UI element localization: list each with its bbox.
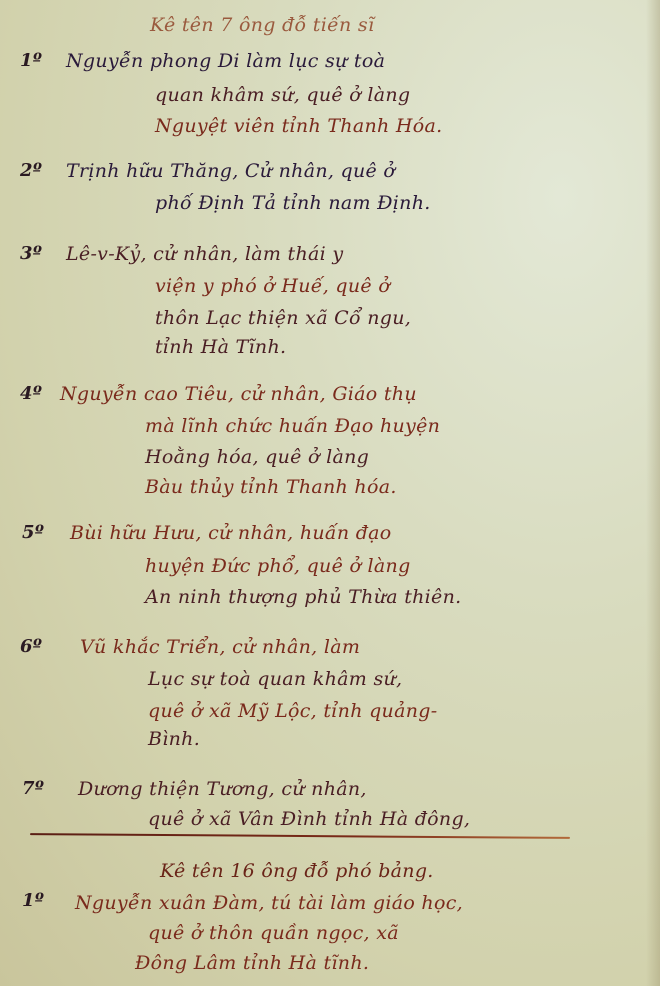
entry-line: quan khâm sứ, quê ở làng xyxy=(155,84,410,106)
entry-number: 5º xyxy=(22,522,44,543)
entry-line: quê ở xã Vân Đình tỉnh Hà đông, xyxy=(148,808,470,830)
entry-number: 1º xyxy=(20,50,42,71)
entry-line: Lục sự toà quan khâm sứ, xyxy=(148,668,402,690)
entry-line: Nguyễn phong Di làm lục sự toà xyxy=(66,50,385,72)
entry-line: Dương thiện Tương, cử nhân, xyxy=(78,778,367,800)
handwritten-document-page: Kê tên 7 ông đỗ tiến sĩ 1º Nguyễn phong … xyxy=(0,0,660,986)
entry-line: An ninh thượng phủ Thừa thiên. xyxy=(145,586,461,608)
entry-line: mà lĩnh chức huấn Đạo huyện xyxy=(145,415,440,437)
section-title-pho-bang: Kê tên 16 ông đỗ phó bảng. xyxy=(160,860,434,882)
entry-line: Nguyệt viên tỉnh Thanh Hóa. xyxy=(155,115,442,137)
entry-line: Lê-v-Kỷ, cử nhân, làm thái y xyxy=(66,243,343,265)
entry-line: Bàu thủy tỉnh Thanh hóa. xyxy=(145,476,397,498)
entry-line: Vũ khắc Triển, cử nhân, làm xyxy=(80,636,360,658)
entry-line: Nguyễn cao Tiêu, cử nhân, Giáo thụ xyxy=(60,383,417,405)
entry-line: Đông Lâm tỉnh Hà tĩnh. xyxy=(135,952,369,974)
entry-line: Nguyễn xuân Đàm, tú tài làm giáo học, xyxy=(75,892,463,914)
section-title-tien-si: Kê tên 7 ông đỗ tiến sĩ xyxy=(150,14,374,36)
entry-line: tỉnh Hà Tĩnh. xyxy=(155,336,286,358)
entry-number: 6º xyxy=(20,636,42,657)
entry-line: Bùi hữu Hưu, cử nhân, huấn đạo xyxy=(70,522,392,544)
entry-line: viện y phó ở Huế, quê ở xyxy=(155,275,390,297)
entry-number: 7º xyxy=(22,778,44,799)
entry-line: Hoằng hóa, quê ở làng xyxy=(145,446,369,468)
entry-line: huyện Đức phổ, quê ở làng xyxy=(145,555,411,577)
paper-edge-shadow xyxy=(646,0,660,986)
entry-line: thôn Lạc thiện xã Cổ ngu, xyxy=(155,307,411,329)
entry-line: quê ở thôn quần ngọc, xã xyxy=(148,922,399,944)
entry-line: Trịnh hữu Thăng, Cử nhân, quê ở xyxy=(66,160,395,182)
entry-number: 3º xyxy=(20,243,42,264)
entry-number: 2º xyxy=(20,160,42,181)
entry-line: phố Định Tả tỉnh nam Định. xyxy=(155,192,431,214)
entry-line: Bình. xyxy=(148,728,200,750)
section-divider-line xyxy=(30,833,570,839)
entry-line: quê ở xã Mỹ Lộc, tỉnh quảng- xyxy=(148,700,437,722)
entry-number: 1º xyxy=(22,890,44,911)
entry-number: 4º xyxy=(20,383,42,404)
